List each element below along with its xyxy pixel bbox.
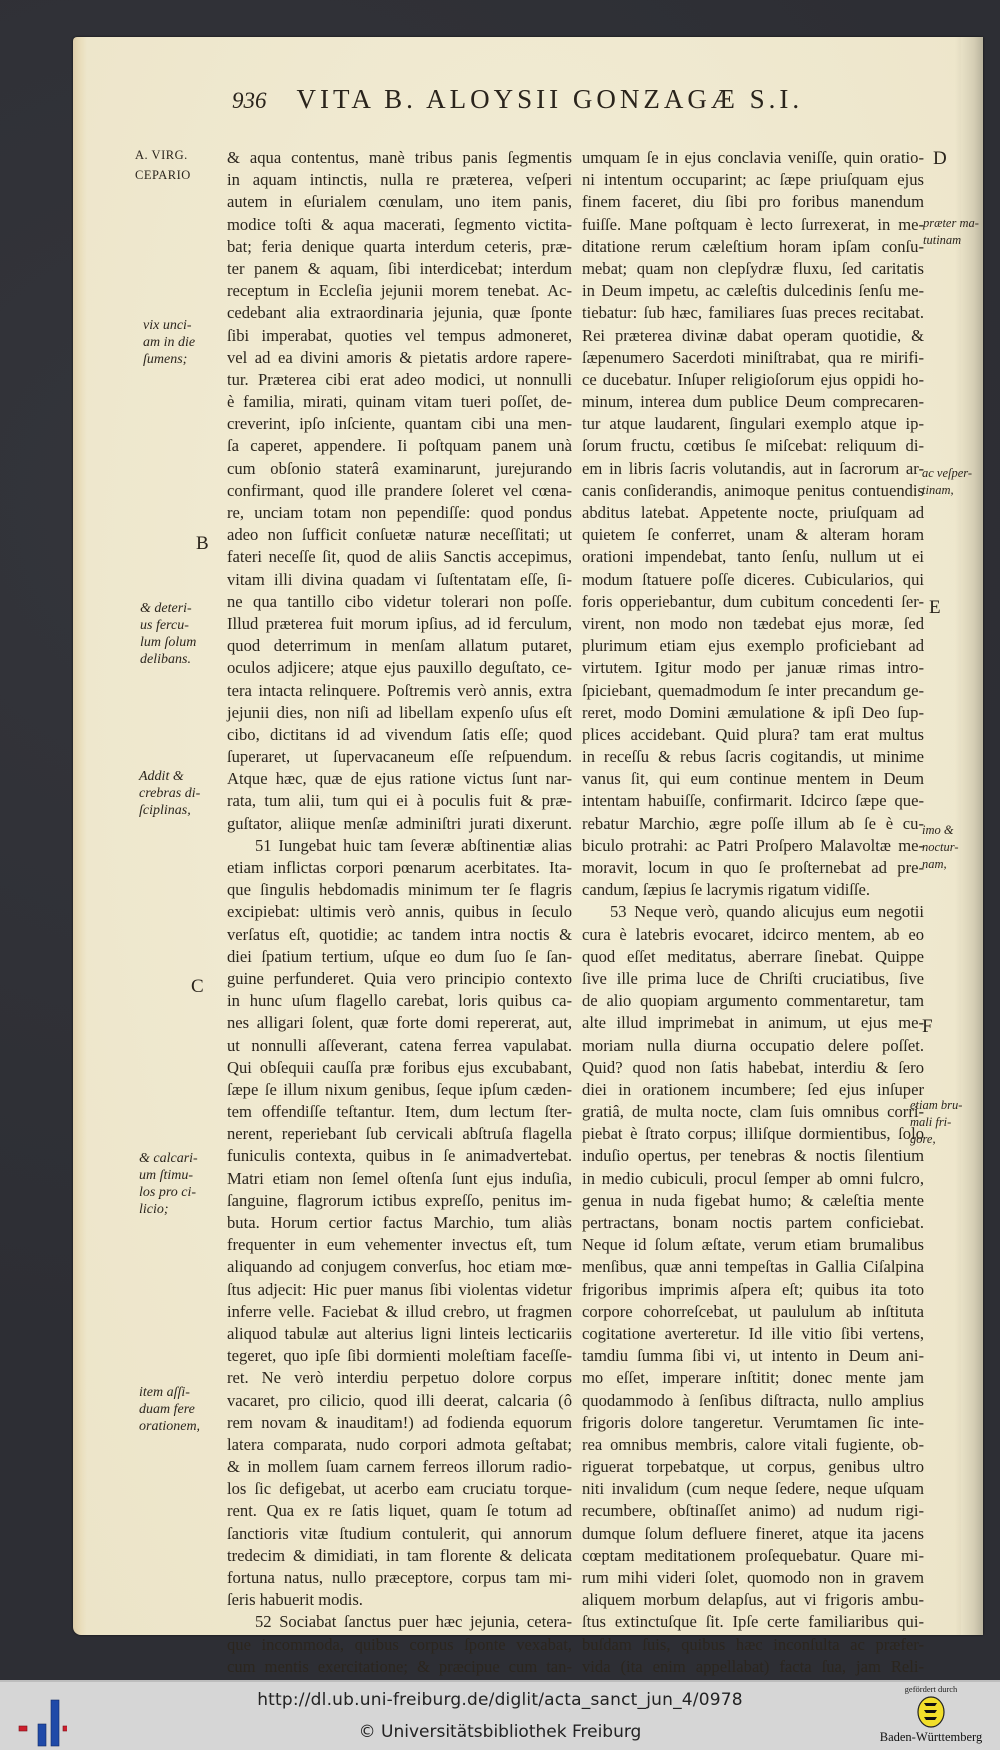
margin-note-left: item aſſi- duam fere orationem, xyxy=(139,1384,200,1435)
text-line: piebat è ſtrato corpus; illiſque dormien… xyxy=(582,1123,924,1145)
text-line: Matri etiam non ſemel oſtenſa ſunt ejus … xyxy=(227,1168,572,1190)
text-line: que ſingulis hebdomadis minimum ter ſe f… xyxy=(227,879,572,901)
text-line: nerent, reperiebant ſub cervicali abſtru… xyxy=(227,1123,572,1145)
text-line: mebat; quam non clepſydræ fluxu, ſed car… xyxy=(582,258,924,280)
text-line: gratiâ, de multa nocte, clam ſuis omnibu… xyxy=(582,1101,924,1123)
text-line: inferre velle. Faciebat & illud crebro, … xyxy=(227,1301,572,1323)
text-line: receptum in Eccleſia jejunii morem teneb… xyxy=(227,280,572,302)
running-head: 936 VITA B. ALOYSII GONZAGÆ S.I. xyxy=(232,84,882,115)
text-line: mo eſſet, imperare inſtitit; donec mente… xyxy=(582,1367,924,1389)
copyright-text: © Universitätsbibliothek Freiburg xyxy=(0,1722,1000,1742)
text-line: orationi impendebat, tanto ſenſu, nullum… xyxy=(582,546,924,568)
text-line: pertractans, bonam noctis partem confici… xyxy=(582,1212,924,1234)
text-line: intentam habuiſſe, confirmarit. Idcirco … xyxy=(582,790,924,812)
text-line: ut nonnulli aſſeverant, catena ferrea va… xyxy=(227,1035,572,1057)
text-line: Quid? quod non ſatis habebat, interdiu &… xyxy=(582,1057,924,1079)
page-edge xyxy=(961,37,983,1635)
text-line: tur atque laudarent, ſingulari exemplo a… xyxy=(582,413,924,435)
margin-note-right: præter ma- tutinam xyxy=(923,215,979,249)
text-line: rum mihi videri ſolet, quomodo non in gr… xyxy=(582,1567,924,1589)
text-line: foris opperiebantur, dum cubitum concede… xyxy=(582,591,924,613)
text-line: oculos adjicere; atque ejus pauxillo deg… xyxy=(227,657,572,679)
text-line: aliquod tabulæ aut alterius ligni lintei… xyxy=(227,1323,572,1345)
text-line: tera intacta relinquere. Poſtremis verò … xyxy=(227,680,572,702)
section-letter-d: D xyxy=(933,148,947,170)
section-letter-e: E xyxy=(929,597,941,619)
margin-note-right: ac veſper- tinam, xyxy=(922,465,972,499)
text-line: Illud præterea fuit morum ipſius, ad id … xyxy=(227,613,572,635)
text-line: tur. Præterea cibi erat adeo modici, ut … xyxy=(227,369,572,391)
text-line: adeo non ſufficit conſuetæ naturæ neceſſ… xyxy=(227,524,572,546)
text-line: rea omnibus membris, calore vitali fugie… xyxy=(582,1434,924,1456)
text-line: induſio opertus, per tenebras & noctis ſ… xyxy=(582,1145,924,1167)
text-line: etiam inflictas corpori pœnarum acerbita… xyxy=(227,857,572,879)
text-line: 53 Neque verò, quando alicujus eum negot… xyxy=(582,901,924,923)
text-line: ſæpenumero Sacerdoti miniſtrabat, qua re… xyxy=(582,347,924,369)
text-line: ſive ille prima luce de Chriſti cruciati… xyxy=(582,968,924,990)
text-line: quod eſſet meditatus, aberrare ſinebat. … xyxy=(582,946,924,968)
text-line: ſanctioris vitæ ſtudium contulerit, qui … xyxy=(227,1523,572,1545)
text-line: niti invalidum (cum neque ſedere, neque … xyxy=(582,1478,924,1500)
margin-note-left: vix unci- am in die ſumens; xyxy=(143,317,195,368)
scan-background: 936 VITA B. ALOYSII GONZAGÆ S.I. & aqua … xyxy=(0,0,1000,1680)
text-line: cœptam meditationem proſequebatur. Quare… xyxy=(582,1545,924,1567)
text-line: ſorum fructu, cœtibus ſe miſcebat: reliq… xyxy=(582,435,924,457)
text-line: cedebant alia extraordinaria jejunia, qu… xyxy=(227,302,572,324)
text-line: vida (ita enim appellabat) facta ſua, ja… xyxy=(582,1656,924,1678)
text-line: in hunc uſum flagello carebat, loris qui… xyxy=(227,990,572,1012)
text-line: candum, ſæpius ſe lacrymis rigatum vidiſ… xyxy=(582,879,924,901)
text-line: tegeret, quo ipſe ſibi dormienti moleſti… xyxy=(227,1345,572,1367)
text-line: minum, interea dum publice Deum compreca… xyxy=(582,391,924,413)
viewer-footer: http://dl.ub.uni-freiburg.de/diglit/acta… xyxy=(0,1680,1000,1750)
text-line: corpore cohorreſcebat, ut paululum ab in… xyxy=(582,1301,924,1323)
text-line: frequenter in eum vehementer invectus eſ… xyxy=(227,1234,572,1256)
text-line: abditus latebat. Appetente nocte, priuſq… xyxy=(582,502,924,524)
text-line: cum obſonio staterâ examinarunt, jurejur… xyxy=(227,458,572,480)
text-line: Atque hæc, quæ de ejus ratione victus ſu… xyxy=(227,768,572,790)
margin-note-left: & calcari- um ſtimu- los pro ci- licio; xyxy=(139,1150,198,1218)
text-line: rata, tum alii, tum qui ei à poculis fui… xyxy=(227,790,572,812)
section-letter-b: B xyxy=(196,533,209,555)
text-line: verſatus eſt, quotidie; ac tandem intra … xyxy=(227,924,572,946)
text-line: modice toſti & aqua macerati, ſegmento v… xyxy=(227,214,572,236)
permalink-url[interactable]: http://dl.ub.uni-freiburg.de/diglit/acta… xyxy=(0,1690,1000,1710)
text-line: reret, modo Domini æmulatione & ipſi Deo… xyxy=(582,702,924,724)
text-line: in Deum impetu, ac cæleſtis dulcedinis ſ… xyxy=(582,280,924,302)
text-line: rent. Qua ex re ſatis liquet, quam ſe to… xyxy=(227,1500,572,1522)
text-line: & in mollem ſuam carnem ferreos illorum … xyxy=(227,1456,572,1478)
text-line: virent, non modo non tædebat ejus moræ, … xyxy=(582,613,924,635)
text-line: ſeris habuerit modis. xyxy=(227,1589,572,1611)
text-line: ni intentum occuparint; ac ſæpe priuſqua… xyxy=(582,169,924,191)
right-text-column: umquam ſe in ejus conclavia veniſſe, qui… xyxy=(582,147,924,1745)
text-line: modum ſtatuere poſſe diceres. Cubiculari… xyxy=(582,569,924,591)
text-line: vitam illi divina quadam vi ſuſtentatam … xyxy=(227,569,572,591)
text-line: diei in orationem incumbere; ſed ejus in… xyxy=(582,1079,924,1101)
margin-note-right: etiam bru- mali fri- gore, xyxy=(910,1097,962,1148)
text-line: guine perfunderet. Quia vero principio c… xyxy=(227,968,572,990)
text-line: umquam ſe in ejus conclavia veniſſe, qui… xyxy=(582,147,924,169)
text-line: è familia, mirati, quinam vitam tueri po… xyxy=(227,391,572,413)
text-line: Rei præterea divinæ dabat operam quotidi… xyxy=(582,325,924,347)
funder-block: gefördert durch Baden-Württemberg xyxy=(876,1684,986,1745)
text-line: ſtus extinctuſque ſit. Ipſe certe famili… xyxy=(582,1611,924,1633)
text-line: recumbere, obſtinaſſet animo) ad nudum r… xyxy=(582,1500,924,1522)
text-line: 51 Iungebat huic tam ſeveræ abſtinentiæ … xyxy=(227,835,572,857)
text-line: jejunii dies, non niſi ad libellam expen… xyxy=(227,702,572,724)
funded-by-label: gefördert durch xyxy=(876,1684,986,1694)
text-line: rem novam & inauditam!) ad fodienda equo… xyxy=(227,1412,572,1434)
text-line: tredecim & dimidiati, in tam florente & … xyxy=(227,1545,572,1567)
text-line: genua in nuda figebat humo; & cæleſtia m… xyxy=(582,1190,924,1212)
text-line: frigoribus imprimis aſpera eſt; quibus i… xyxy=(582,1279,924,1301)
text-line: plurimum etiam ejus exemplo proficiebant… xyxy=(582,635,924,657)
text-line: aliquem morbum delapſus, aut vi frigoris… xyxy=(582,1589,924,1611)
text-line: excipiebat: ultimis verò annis, quibus i… xyxy=(227,901,572,923)
text-line: fateri neceſſe ſit, quod de aliis Sancti… xyxy=(227,546,572,568)
text-line: cura è latebris evocaret, idcirco mentem… xyxy=(582,924,924,946)
text-line: cum mentis exercitatione; & præcipue cum… xyxy=(227,1656,572,1678)
text-line: creverint, ipſo inſciente, quantam cibi … xyxy=(227,413,572,435)
text-line: rebatur Marchio, ægre poſſe illum ab ſe … xyxy=(582,813,924,835)
text-line: confirmant, quod ille prandere ſoleret v… xyxy=(227,480,572,502)
text-line: tem offendiſſe teſtantur. Item, dum lect… xyxy=(227,1101,572,1123)
text-line: Neque id ſolum æſtate, verum etiam bruma… xyxy=(582,1234,924,1256)
text-line: finem faceret, diu ſibi pro foribus mane… xyxy=(582,191,924,213)
text-line: fortuna natus, nullo præceptore, corpus … xyxy=(227,1567,572,1589)
text-line: 52 Sociabat ſanctus puer hæc jejunia, ce… xyxy=(227,1611,572,1633)
text-line: moriam nulla diurna occupatio delere poſ… xyxy=(582,1035,924,1057)
text-line: ſibi imperabat, quoties vel tempus admon… xyxy=(227,325,572,347)
text-line: quod deterrimum in menſam allatum putare… xyxy=(227,635,572,657)
text-line: ſtus adjecit: Hic puer manus ſibi violen… xyxy=(227,1279,572,1301)
page-number: 936 xyxy=(232,88,267,114)
text-line: ne qua tantillo cibo videtur tolerari no… xyxy=(227,591,572,613)
text-line: de alio quopiam argumento commentaretur,… xyxy=(582,990,924,1012)
text-line: vel ad ea divini amoris & pietatis ardor… xyxy=(227,347,572,369)
margin-note-left: & deteri- us fercu- lum ſolum delibans. xyxy=(140,600,196,668)
text-line: tamdiu ſumma ſibi vi, ut intento in Deum… xyxy=(582,1345,924,1367)
text-line: buta. Horum certior factus Marchio, tum … xyxy=(227,1212,572,1234)
text-line: biculo protrahi: ac Patri Proſpero Malav… xyxy=(582,835,924,857)
baden-wuerttemberg-crest-icon xyxy=(916,1695,946,1729)
text-line: moravit, locum in quo ſe proſternebat ad… xyxy=(582,857,924,879)
text-line: in medio cubiculi, procul ſemper ab omni… xyxy=(582,1168,924,1190)
text-line: nes alligari ſolent, quæ forte domi repe… xyxy=(227,1012,572,1034)
text-line: cogitatione averteretur. Id ille vitio ſ… xyxy=(582,1323,924,1345)
text-line: virtutem. Igitur modo per januæ rimas in… xyxy=(582,657,924,679)
text-line: los ſic defigebat, ut acerbo eam cruciat… xyxy=(227,1478,572,1500)
running-title: VITA B. ALOYSII GONZAGÆ S.I. xyxy=(297,84,804,115)
left-text-column: & aqua contentus, manè tribus panis ſegm… xyxy=(227,147,572,1722)
text-line: fuiſſe. Mane poſtquam è lecto ſurrexerat… xyxy=(582,214,924,236)
text-line: canis conſiderandis, animoque penitus co… xyxy=(582,480,924,502)
text-line: ſuperaret, ut ſupervacaneum eſſe reſpuen… xyxy=(227,746,572,768)
text-line: ſanguine, flagrorum ictibus expreſſo, pe… xyxy=(227,1190,572,1212)
text-line: frigoris dolore tangeretur. Verumtamen ſ… xyxy=(582,1412,924,1434)
text-line: & aqua contentus, manè tribus panis ſegm… xyxy=(227,147,572,169)
section-letter-c: C xyxy=(191,976,204,998)
text-line: ret. Ne verò interdiu perpetuo dolore co… xyxy=(227,1367,572,1389)
text-line: autem in eſurialem cœnulam, uno item pan… xyxy=(227,191,572,213)
text-line: aliquando ad conjugem converſus, hoc eti… xyxy=(227,1256,572,1278)
text-line: dumque ſolum defluere fineret, atque ita… xyxy=(582,1523,924,1545)
text-line: ditatione rerum cæleſtium horam ipſam co… xyxy=(582,236,924,258)
text-line: ce ducebatur. Inſuper religioſorum ejus … xyxy=(582,369,924,391)
text-line: tiebatur: ſub hæc, familiares ſuas prece… xyxy=(582,302,924,324)
margin-note-left: Addit & crebras di- ſciplinas, xyxy=(139,768,200,819)
text-line: latera comparata, nudo corpori admota ge… xyxy=(227,1434,572,1456)
margin-note-author: A. VIRG. CEPARIO xyxy=(135,145,191,185)
text-line: ſæpe ſe illum nixum genibus, ſeque ipſum… xyxy=(227,1079,572,1101)
text-line: que incommoda, quibus corpus ſponte vexa… xyxy=(227,1634,572,1656)
text-line: guſtator, aliique menſæ adminiſtri jurat… xyxy=(227,813,572,835)
text-line: in receſſu & rebus ſacris cogitandis, ut… xyxy=(582,746,924,768)
section-letter-f: F xyxy=(922,1016,933,1038)
text-line: buſdam ſuis, quibus hæc inconſulta ac pr… xyxy=(582,1634,924,1656)
text-line: riguerat torpebatque, ut corpus, genibus… xyxy=(582,1456,924,1478)
text-line: Qui obſequii cauſſa præ foribus ejus exc… xyxy=(227,1057,572,1079)
text-line: ſpiciebant, quemadmodum ſe inter precand… xyxy=(582,680,924,702)
text-line: ſa caperet, appendere. Ii poſtquam panem… xyxy=(227,435,572,457)
text-line: quietem ſe conferret, unam & alteram hor… xyxy=(582,524,924,546)
text-line: alte illud imprimebat in animum, ut ejus… xyxy=(582,1012,924,1034)
text-line: vacaret, pro cilicio, quod illi deerat, … xyxy=(227,1390,572,1412)
text-line: menſibus, quæ anni tempeſtas in Gallia C… xyxy=(582,1256,924,1278)
text-line: quodammodo à ſenſibus diſtracta, nullo a… xyxy=(582,1390,924,1412)
text-line: in aquam intinctis, nulla re præterea, v… xyxy=(227,169,572,191)
text-line: cibo, dictitans id ad vivendum ſatis eſſ… xyxy=(227,724,572,746)
text-line: plices accidebant. Quid plura? tam erat … xyxy=(582,724,924,746)
margin-note-right: imo & noctur- nam, xyxy=(922,822,959,873)
text-line: bat; feria denique quarta interdum ceter… xyxy=(227,236,572,258)
text-line: em in libris ſacris volutandis, aut in ſ… xyxy=(582,458,924,480)
text-line: funiculis contexta, quibus in ſe animadv… xyxy=(227,1145,572,1167)
text-line: diei ſpatium tertium, uſque eo dum ſuo ſ… xyxy=(227,946,572,968)
text-line: re, unciam totam non pependiſſe: quod po… xyxy=(227,502,572,524)
text-line: ter panem & aquam, ſibi interdicebat; in… xyxy=(227,258,572,280)
text-line: vanus ſit, qui eum continue mentem in De… xyxy=(582,768,924,790)
funder-name: Baden-Württemberg xyxy=(876,1730,986,1745)
